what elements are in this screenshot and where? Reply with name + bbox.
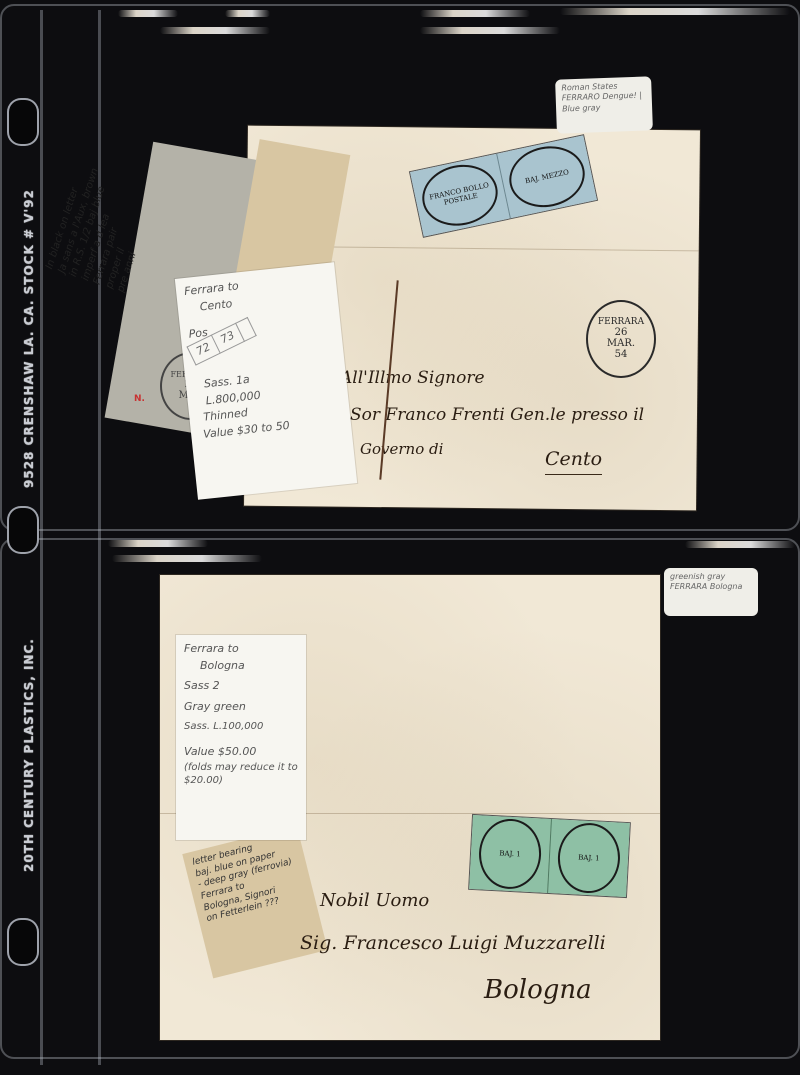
address-line-3: Governo di (360, 440, 443, 458)
address-city-cover-2: Bologna (484, 975, 592, 1005)
glare-top-1 (118, 10, 178, 17)
postmark-ferrara-cover-1: FERRARA 26 MAR. 54 (586, 300, 656, 378)
glare-top-6 (420, 27, 560, 34)
stamp: BAJ. 1 (469, 815, 551, 893)
glare-top-4 (560, 8, 790, 15)
dealer-note-cover-2: Ferrara to Bologna Sass 2 Gray green Sas… (176, 635, 306, 840)
album-page: 9528 CRENSHAW LA. CA. STOCK # V'92 20TH … (0, 0, 800, 1075)
address-line-2-cover-2: Sig. Francesco Luigi Muzzarelli (300, 932, 606, 954)
glare-top-2 (225, 10, 270, 17)
glare-mid-1 (108, 540, 208, 547)
binder-hole (7, 98, 39, 146)
stamp-pair-green: BAJ. 1 BAJ. 1 (468, 814, 631, 898)
dealer-note-cover-1: Ferrara to Cento Pos 72 73 Sass. 1a L.80… (175, 262, 357, 500)
stamp-emblem-icon: FRANCO BOLLO POSTALE (417, 158, 504, 232)
address-line-1-cover-2: Nobil Uomo (320, 890, 429, 911)
rail (40, 10, 43, 1065)
address-line-2: Sor Franco Frenti Gen.le presso il (350, 405, 644, 425)
stamp: BAJ. 1 (547, 819, 630, 897)
spine-text-top: 9528 CRENSHAW LA. CA. STOCK # V'92 (22, 189, 36, 488)
stamp-emblem-icon: BAJ. 1 (556, 821, 622, 894)
corner-tag-cover-1: Roman States FERRARO Dengue! | Blue gray (555, 76, 653, 133)
binder-hole (7, 918, 39, 966)
address-city: Cento (545, 448, 602, 475)
glare-mid-3 (685, 541, 795, 548)
corner-tag-cover-2: greenish gray FERRARA Bologna (664, 568, 758, 616)
binder-hole (7, 506, 39, 554)
address-line-1: All'Illmo Signore (340, 368, 485, 388)
glare-top-3 (420, 10, 530, 17)
glare-mid-2 (112, 555, 262, 562)
spine-text-bottom: 20TH CENTURY PLASTICS, INC. (22, 638, 36, 872)
stamp-emblem-icon: BAJ. 1 (477, 817, 543, 890)
glare-top-5 (160, 27, 270, 34)
red-mark: N. (134, 394, 145, 404)
stamp-emblem-icon: BAJ. MEZZO (504, 140, 591, 214)
